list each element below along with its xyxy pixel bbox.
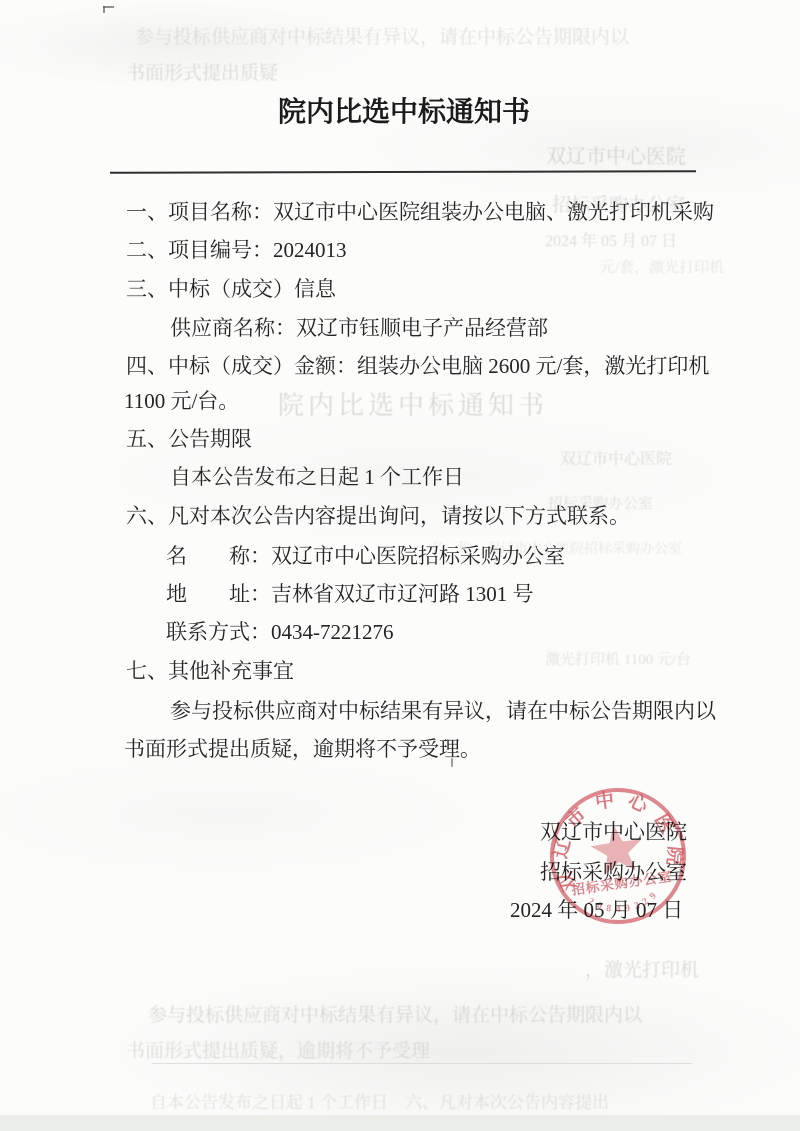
star-icon xyxy=(588,821,646,876)
doc-line-project-number: 二、项目编号：2024013 xyxy=(126,237,347,263)
doc-line-award-amount: 四、中标（成交）金额：组装办公电脑 2600 元/套，激光打印机 xyxy=(126,353,709,379)
doc-line-award-info: 三、中标（成交）信息 xyxy=(126,276,336,302)
bleedthrough-text: 元/套，激光打印机 xyxy=(600,256,724,277)
doc-line-supplier: 供应商名称：双辽市钰顺电子产品经营部 xyxy=(170,315,548,341)
official-seal: 双辽市中心医院 招标采购办公室 20849229 xyxy=(522,760,714,952)
bleedthrough-text: 参与投标供应商对中标结果有异议，请在中标公告期限内以 xyxy=(148,1000,642,1027)
scan-artifact xyxy=(103,6,105,13)
bleedthrough-text: 自本公告发布之日起 1 个工作日 六、凡对本次公告内容提出 xyxy=(150,1088,609,1113)
doc-line-notice-period: 五、公告期限 xyxy=(126,426,252,452)
bleedthrough-text: ，激光打印机 xyxy=(585,955,699,982)
doc-line-inquiry: 六、凡对本次公告内容提出询问，请按以下方式联系。 xyxy=(126,503,630,529)
bleedthrough-rule xyxy=(152,1063,692,1064)
doc-line-period-detail: 自本公告发布之日起 1 个工作日 xyxy=(170,464,464,490)
bleedthrough-text: 书面形式提出质疑 xyxy=(126,58,278,85)
doc-line-contact-address: 地 址：吉林省双辽市辽河路 1301 号 xyxy=(166,581,534,607)
doc-line-contact-name: 名 称：双辽市中心医院招标采购办公室 xyxy=(166,543,565,569)
bleedthrough-text: 双辽市中心医院 xyxy=(546,140,686,169)
doc-line-objection: 参与投标供应商对中标结果有异议，请在中标公告期限内以 xyxy=(170,698,716,724)
page-title: 院内比选中标通知书 xyxy=(4,90,800,130)
doc-line-other-matters: 七、其他补充事宜 xyxy=(126,658,294,684)
doc-line-project-name: 一、项目名称：双辽市中心医院组装办公电脑、激光打印机采购 xyxy=(126,199,714,225)
bleedthrough-text: 双辽市中心医院 xyxy=(560,446,672,469)
bleedthrough-text: 激光打印机 1100 元/台 xyxy=(545,648,691,669)
doc-line-contact-phone: 联系方式：0434-7221276 xyxy=(166,619,394,645)
bleedthrough-title: 院内比选中标通知书 xyxy=(278,385,548,422)
scanned-notice-page: 参与投标供应商对中标结果有异议，请在中标公告期限内以 书面形式提出质疑 双辽市中… xyxy=(0,0,800,1131)
scan-artifact xyxy=(451,758,453,767)
bleedthrough-text: 参与投标供应商对中标结果有异议，请在中标公告期限内以 xyxy=(135,22,629,49)
doc-line-amount-cont: 1100 元/台。 xyxy=(124,388,239,414)
bleedthrough-text: 书面形式提出质疑，逾期将不予受理 xyxy=(126,1036,430,1063)
scan-edge-shadow xyxy=(0,1115,800,1131)
title-underline xyxy=(110,170,696,174)
doc-line-objection-cont: 书面形式提出质疑，逾期将不予受理。 xyxy=(124,736,481,762)
bleedthrough-text: 2024 年 05 月 07 日 xyxy=(545,228,677,251)
